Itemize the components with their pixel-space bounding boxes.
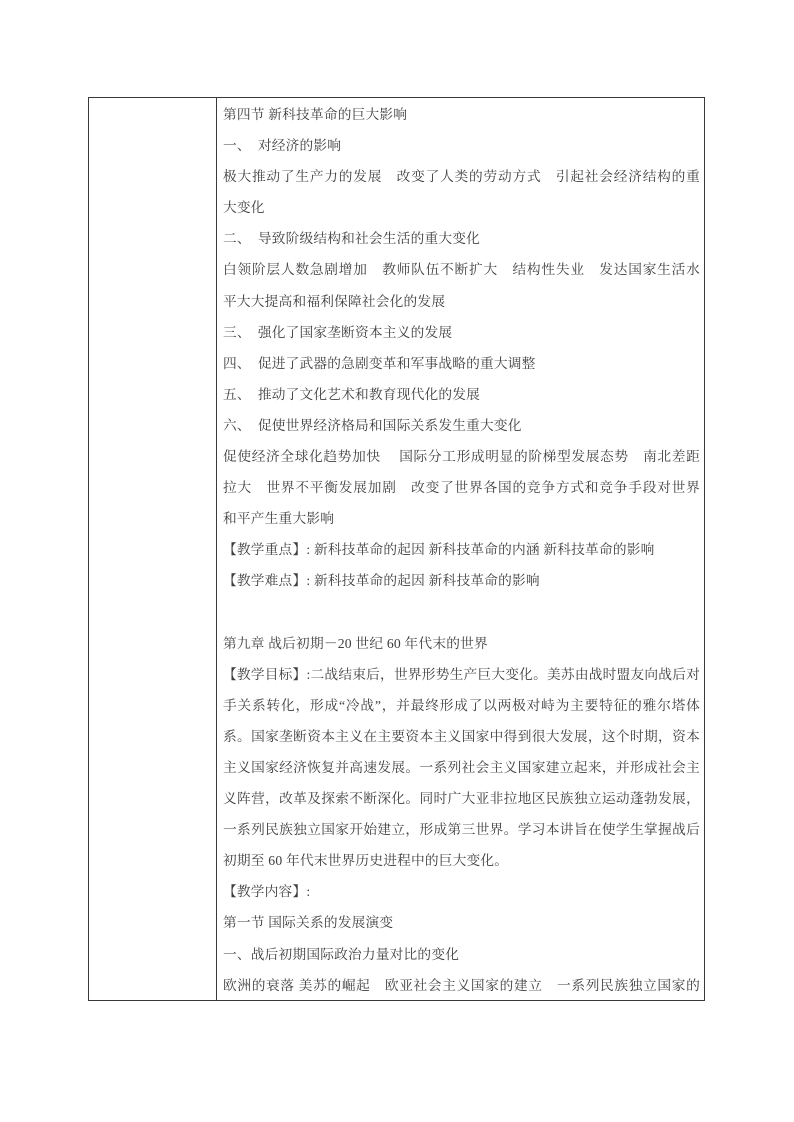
text-line: 系。国家垄断资本主义在主要资本主义国家中得到很大发展，这个时期，资本 [223,721,700,752]
text-line: 义阵营，改革及探索不断深化。同时广大亚非拉地区民族独立运动蓬勃发展， [223,783,700,814]
document-page: 第四节 新科技革命的巨大影响 一、 对经济的影响 极大推动了生产力的发展 改变了… [0,0,794,1122]
text-line: 极大推动了生产力的发展 改变了人类的劳动方式 引起社会经济结构的重 [223,161,700,192]
text-line-section-1-title: 第一节 国际关系的发展演变 [223,907,700,938]
text-line-item-4: 四、 促进了武器的急剧变革和军事战略的重大调整 [223,348,700,379]
text-line: 主义国家经济恢复并高速发展。一系列社会主义国家建立起来，并形成社会主 [223,752,700,783]
text-line-teaching-content: 【教学内容】: [223,876,700,907]
text-line-item-3: 三、 强化了国家垄断资本主义的发展 [223,317,700,348]
table-content-cell: 第四节 新科技革命的巨大影响 一、 对经济的影响 极大推动了生产力的发展 改变了… [217,98,704,1000]
text-line: 一系列民族独立国家开始建立，形成第三世界。学习本讲旨在使学生掌握战后 [223,814,700,845]
text-line-item-2: 二、 导致阶级结构和社会生活的重大变化 [223,223,700,254]
text-line: 初期至 60 年代末世界历史进程中的巨大变化。 [223,845,700,876]
text-line: 大变化 [223,192,700,223]
text-line-teaching-focus: 【教学重点】: 新科技革命的起因 新科技革命的内涵 新科技革命的影响 [223,534,700,565]
text-line-blank [223,597,700,628]
text-line-item-6: 六、 促使世界经济格局和国际关系发生重大变化 [223,410,700,441]
text-line: 拉大 世界不平衡发展加剧 改变了世界各国的竞争方式和竞争手段对世界 [223,472,700,503]
text-line: 白领阶层人数急剧增加 教师队伍不断扩大 结构性失业 发达国家生活水 [223,254,700,285]
text-line: 欧洲的衰落 美苏的崛起 欧亚社会主义国家的建立 一系列民族独立国家的 [223,970,700,1000]
text-line-item-1b: 一、战后初期国际政治力量对比的变化 [223,939,700,970]
text-line-item-5: 五、 推动了文化艺术和教育现代化的发展 [223,379,700,410]
text-line: 促使经济全球化趋势加快 国际分工形成明显的阶梯型发展态势 南北差距 [223,441,700,472]
text-line-item-1: 一、 对经济的影响 [223,130,700,161]
text-line: 平大大提高和福利保障社会化的发展 [223,286,700,317]
text-line-teaching-goal: 【教学目标】:二战结束后，世界形势生产巨大变化。美苏由战时盟友向战后对 [223,659,700,690]
text-line: 和平产生重大影响 [223,503,700,534]
text-line-teaching-difficulty: 【教学难点】: 新科技革命的起因 新科技革命的影响 [223,565,700,596]
text-line-section-4-title: 第四节 新科技革命的巨大影响 [223,99,700,130]
lesson-plan-table: 第四节 新科技革命的巨大影响 一、 对经济的影响 极大推动了生产力的发展 改变了… [88,97,705,1001]
table-left-cell [89,98,217,1000]
text-line-chapter-9-title: 第九章 战后初期－20 世纪 60 年代末的世界 [223,628,700,659]
text-line: 手关系转化，形成“冷战”，并最终形成了以两极对峙为主要特征的雅尔塔体 [223,690,700,721]
